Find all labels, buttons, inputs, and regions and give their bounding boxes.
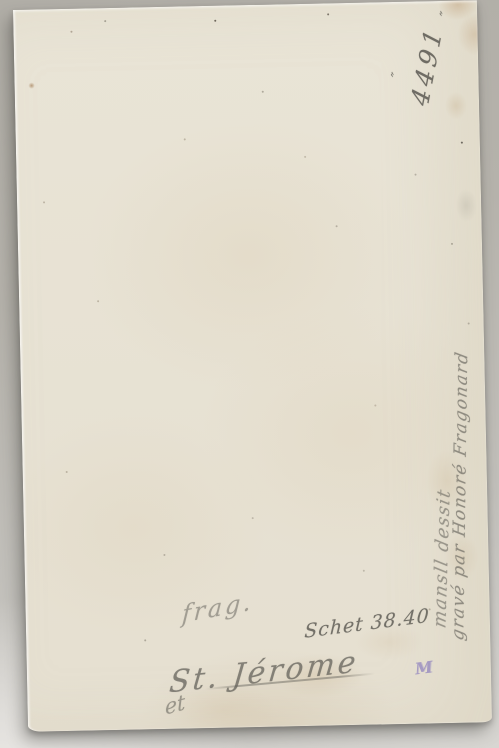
foxing-specks bbox=[13, 10, 15, 12]
pencil-note-number: Schet 38.40 bbox=[304, 605, 430, 643]
violet-collector-stamp: M bbox=[414, 658, 432, 679]
pencil-inscription-right-edge-outer: gravé par Honoré Fragonard bbox=[448, 304, 473, 688]
pencil-catalog-number: 4491 bbox=[406, 6, 449, 108]
photo-background: ″ 4491 ″ mansll dessit gravé par Honoré … bbox=[0, 0, 499, 748]
paper-sheet-verso: ″ 4491 ″ mansll dessit gravé par Honoré … bbox=[13, 0, 492, 732]
pencil-tick-mark-bottom: ″ bbox=[389, 71, 406, 81]
pencil-title-st-jerome: St. Jérome bbox=[168, 644, 361, 700]
pencil-partial-scribble: et bbox=[164, 690, 186, 720]
pencil-note-frag: frag. bbox=[181, 587, 254, 629]
